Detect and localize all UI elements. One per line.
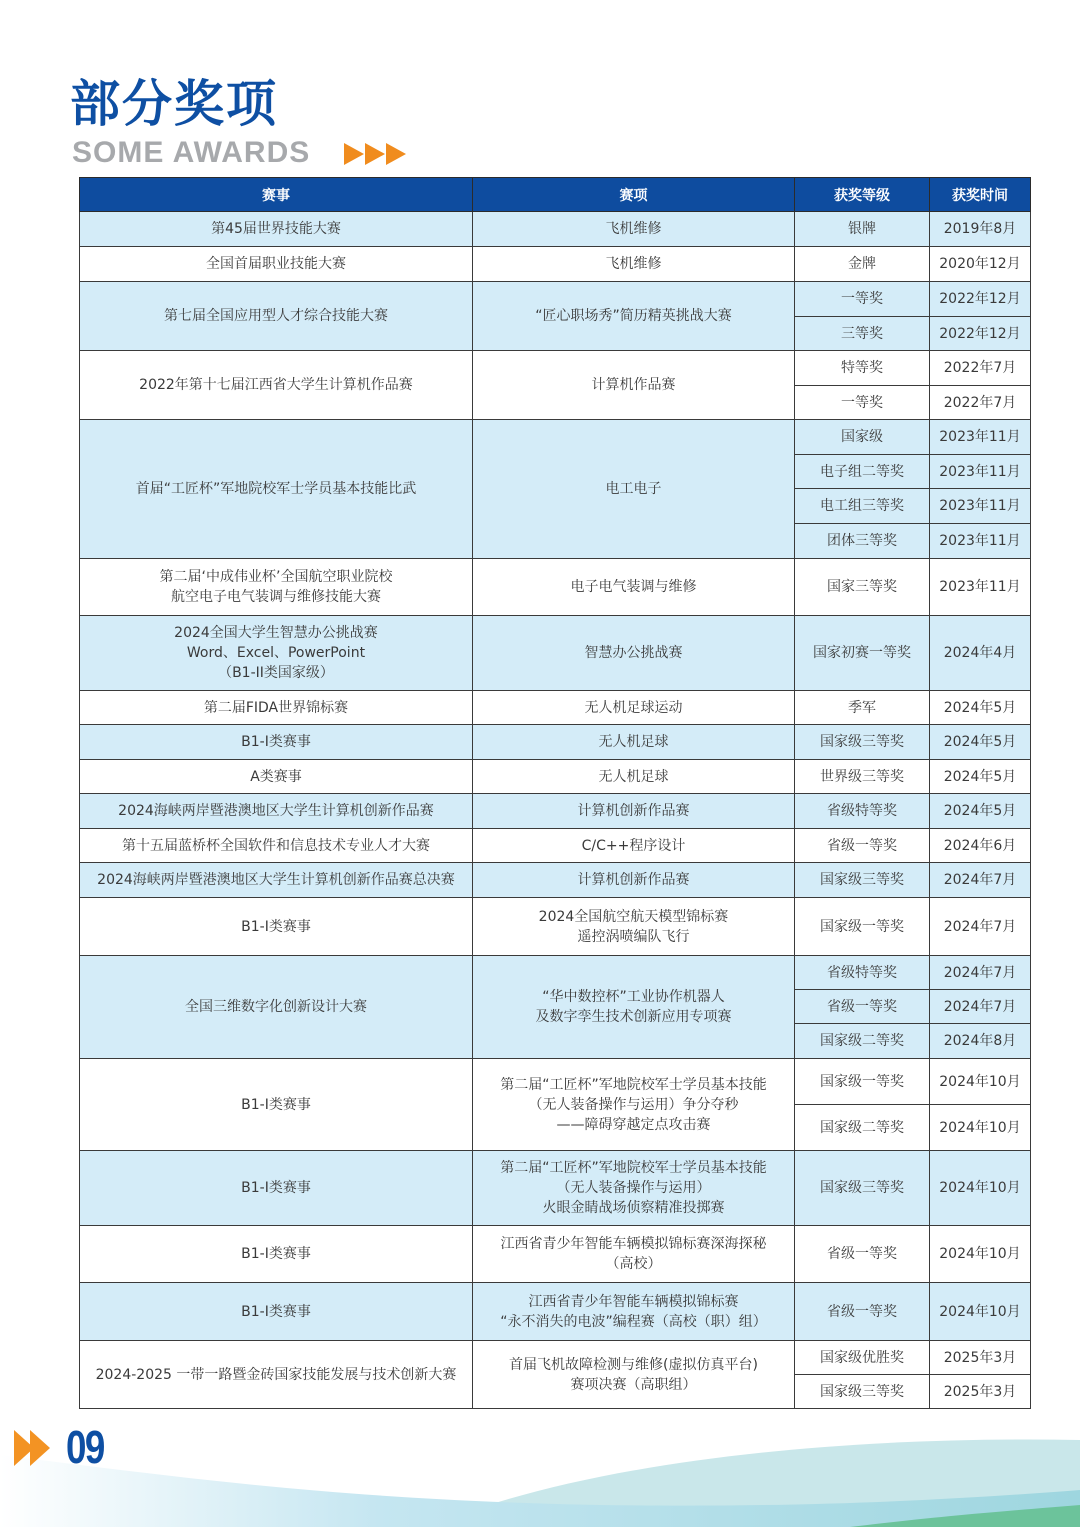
date-cell: 2024年5月 <box>930 794 1031 829</box>
event-cell: B1-I类赛事 <box>80 1226 473 1283</box>
event-cell: 2022年第十七届江西省大学生计算机作品赛 <box>80 351 473 420</box>
date-cell: 2023年11月 <box>930 524 1031 559</box>
date-cell: 2020年12月 <box>930 247 1031 282</box>
level-cell: 省级一等奖 <box>795 1226 930 1283</box>
event-line: Word、Excel、PowerPoint <box>84 643 468 663</box>
date-cell: 2024年5月 <box>930 691 1031 725</box>
date-cell: 2023年11月 <box>930 420 1031 455</box>
date-cell: 2024年7月 <box>930 863 1031 898</box>
page-number: 09 <box>66 1420 104 1474</box>
level-cell: 一等奖 <box>795 386 930 420</box>
item-cell: 江西省青少年智能车辆模拟锦标赛 “永不消失的电波”编程赛（高校（职）组） <box>473 1283 795 1341</box>
item-line: 遥控涡喷编队飞行 <box>477 927 790 947</box>
table-row: B1-I类赛事 江西省青少年智能车辆模拟锦标赛 “永不消失的电波”编程赛（高校（… <box>80 1283 1031 1341</box>
item-line: （高校） <box>477 1254 790 1274</box>
level-cell: 国家级三等奖 <box>795 1375 930 1409</box>
date-cell: 2024年10月 <box>930 1059 1031 1105</box>
date-cell: 2024年5月 <box>930 760 1031 794</box>
event-line: 2024全国大学生智慧办公挑战赛 <box>84 623 468 643</box>
date-cell: 2025年3月 <box>930 1341 1031 1375</box>
event-cell: 2024-2025 一带一路暨金砖国家技能发展与技术创新大赛 <box>80 1341 473 1409</box>
level-cell: 省级一等奖 <box>795 829 930 863</box>
item-cell: 电子电气装调与维修 <box>473 559 795 616</box>
item-cell: 江西省青少年智能车辆模拟锦标赛深海探秘 （高校） <box>473 1226 795 1283</box>
date-cell: 2022年12月 <box>930 282 1031 317</box>
level-cell: 国家级三等奖 <box>795 863 930 898</box>
event-cell: B1-I类赛事 <box>80 725 473 760</box>
table-row: 2024全国大学生智慧办公挑战赛 Word、Excel、PowerPoint （… <box>80 616 1031 691</box>
event-cell: 全国首届职业技能大赛 <box>80 247 473 282</box>
date-cell: 2023年11月 <box>930 489 1031 524</box>
table-row: B1-I类赛事 第二届“工匠杯”军地院校军士学员基本技能 （无人装备操作与运用）… <box>80 1059 1031 1105</box>
date-cell: 2024年10月 <box>930 1151 1031 1226</box>
date-cell: 2024年10月 <box>930 1226 1031 1283</box>
event-cell: B1-I类赛事 <box>80 1283 473 1341</box>
item-line: ——障碍穿越定点攻击赛 <box>477 1115 790 1135</box>
table-row: 第二届FIDA世界锦标赛 无人机足球运动 季军 2024年5月 <box>80 691 1031 725</box>
level-cell: 国家初赛一等奖 <box>795 616 930 691</box>
table-header-row: 赛事 赛项 获奖等级 获奖时间 <box>80 178 1031 212</box>
table-row: B1-I类赛事 无人机足球 国家级三等奖 2024年5月 <box>80 725 1031 760</box>
event-cell: 第45届世界技能大赛 <box>80 212 473 247</box>
page-title-en: SOME AWARDS <box>72 136 310 170</box>
level-cell: 一等奖 <box>795 282 930 317</box>
date-cell: 2022年7月 <box>930 351 1031 386</box>
item-line: 及数字孪生技术创新应用专项赛 <box>477 1007 790 1027</box>
item-cell: 电工电子 <box>473 420 795 559</box>
table-row: 首届“工匠杯”军地院校军士学员基本技能比武 电工电子 国家级 2023年11月 <box>80 420 1031 455</box>
awards-table: 赛事 赛项 获奖等级 获奖时间 第45届世界技能大赛 飞机维修 银牌 2019年… <box>79 177 1031 1409</box>
event-cell: 首届“工匠杯”军地院校军士学员基本技能比武 <box>80 420 473 559</box>
level-cell: 国家级 <box>795 420 930 455</box>
level-cell: 省级一等奖 <box>795 1283 930 1341</box>
item-line: 第二届“工匠杯”军地院校军士学员基本技能 <box>477 1075 790 1095</box>
item-line: “华中数控杯”工业协作机器人 <box>477 987 790 1007</box>
date-cell: 2024年10月 <box>930 1105 1031 1151</box>
double-chevron-right-icon <box>14 1430 46 1466</box>
item-cell: 第二届“工匠杯”军地院校军士学员基本技能 （无人装备操作与运用）争分夺秒 ——障… <box>473 1059 795 1151</box>
date-cell: 2022年7月 <box>930 386 1031 420</box>
table-row: 第二届‘中成伟业杯’全国航空职业院校 航空电子电气装调与维修技能大赛 电子电气装… <box>80 559 1031 616</box>
event-cell: 第二届‘中成伟业杯’全国航空职业院校 航空电子电气装调与维修技能大赛 <box>80 559 473 616</box>
table-row: B1-I类赛事 2024全国航空航天模型锦标赛 遥控涡喷编队飞行 国家级一等奖 … <box>80 898 1031 956</box>
date-cell: 2022年12月 <box>930 317 1031 351</box>
table-row: 第十五届蓝桥杯全国软件和信息技术专业人才大赛 C/C++程序设计 省级一等奖 2… <box>80 829 1031 863</box>
date-cell: 2023年11月 <box>930 455 1031 489</box>
item-line: 江西省青少年智能车辆模拟锦标赛深海探秘 <box>477 1234 790 1254</box>
level-cell: 季军 <box>795 691 930 725</box>
date-cell: 2024年10月 <box>930 1283 1031 1341</box>
event-cell: 第二届FIDA世界锦标赛 <box>80 691 473 725</box>
page-title-cn: 部分奖项 <box>70 76 278 132</box>
level-cell: 国家级三等奖 <box>795 1151 930 1226</box>
event-line: 第二届‘中成伟业杯’全国航空职业院校 <box>84 567 468 587</box>
event-cell: 第七届全国应用型人才综合技能大赛 <box>80 282 473 351</box>
table-row: A类赛事 无人机足球 世界级三等奖 2024年5月 <box>80 760 1031 794</box>
level-cell: 电工组三等奖 <box>795 489 930 524</box>
item-cell: 首届飞机故障检测与维修(虚拟仿真平台) 赛项决赛（高职组） <box>473 1341 795 1409</box>
level-cell: 世界级三等奖 <box>795 760 930 794</box>
date-cell: 2024年4月 <box>930 616 1031 691</box>
level-cell: 国家级一等奖 <box>795 898 930 956</box>
table-row: 2024海峡两岸暨港澳地区大学生计算机创新作品赛 计算机创新作品赛 省级特等奖 … <box>80 794 1031 829</box>
level-cell: 国家三等奖 <box>795 559 930 616</box>
item-line: “永不消失的电波”编程赛（高校（职）组） <box>477 1312 790 1332</box>
item-cell: 计算机创新作品赛 <box>473 794 795 829</box>
event-cell: B1-I类赛事 <box>80 1059 473 1151</box>
level-cell: 金牌 <box>795 247 930 282</box>
item-cell: 无人机足球 <box>473 725 795 760</box>
table-row: B1-I类赛事 第二届“工匠杯”军地院校军士学员基本技能 （无人装备操作与运用）… <box>80 1151 1031 1226</box>
level-cell: 国家级三等奖 <box>795 725 930 760</box>
item-line: （无人装备操作与运用） <box>477 1178 790 1198</box>
date-cell: 2024年7月 <box>930 990 1031 1024</box>
date-cell: 2025年3月 <box>930 1375 1031 1409</box>
item-cell: 计算机创新作品赛 <box>473 863 795 898</box>
event-cell: 2024全国大学生智慧办公挑战赛 Word、Excel、PowerPoint （… <box>80 616 473 691</box>
level-cell: 团体三等奖 <box>795 524 930 559</box>
column-header-item: 赛项 <box>473 178 795 212</box>
level-cell: 银牌 <box>795 212 930 247</box>
item-cell: 第二届“工匠杯”军地院校军士学员基本技能 （无人装备操作与运用） 火眼金睛战场侦… <box>473 1151 795 1226</box>
date-cell: 2024年8月 <box>930 1024 1031 1059</box>
item-cell: 计算机作品赛 <box>473 351 795 420</box>
table-row: B1-I类赛事 江西省青少年智能车辆模拟锦标赛深海探秘 （高校） 省级一等奖 2… <box>80 1226 1031 1283</box>
column-header-event: 赛事 <box>80 178 473 212</box>
event-cell: 第十五届蓝桥杯全国软件和信息技术专业人才大赛 <box>80 829 473 863</box>
date-cell: 2024年7月 <box>930 956 1031 990</box>
item-cell: 无人机足球 <box>473 760 795 794</box>
level-cell: 国家级优胜奖 <box>795 1341 930 1375</box>
decorative-waves <box>0 1430 1080 1527</box>
event-line: 航空电子电气装调与维修技能大赛 <box>84 587 468 607</box>
event-line: （B1-II类国家级） <box>84 663 468 683</box>
event-cell: 全国三维数字化创新设计大赛 <box>80 956 473 1059</box>
item-cell: C/C++程序设计 <box>473 829 795 863</box>
date-cell: 2024年7月 <box>930 898 1031 956</box>
level-cell: 特等奖 <box>795 351 930 386</box>
item-cell: 智慧办公挑战赛 <box>473 616 795 691</box>
item-cell: 无人机足球运动 <box>473 691 795 725</box>
item-cell: 飞机维修 <box>473 247 795 282</box>
table-row: 2024-2025 一带一路暨金砖国家技能发展与技术创新大赛 首届飞机故障检测与… <box>80 1341 1031 1375</box>
table-row: 第45届世界技能大赛 飞机维修 银牌 2019年8月 <box>80 212 1031 247</box>
item-line: 第二届“工匠杯”军地院校军士学员基本技能 <box>477 1158 790 1178</box>
level-cell: 三等奖 <box>795 317 930 351</box>
table-row: 全国三维数字化创新设计大赛 “华中数控杯”工业协作机器人 及数字孪生技术创新应用… <box>80 956 1031 990</box>
triple-right-arrow-icon <box>344 143 407 165</box>
level-cell: 国家级一等奖 <box>795 1059 930 1105</box>
item-cell: “华中数控杯”工业协作机器人 及数字孪生技术创新应用专项赛 <box>473 956 795 1059</box>
date-cell: 2024年6月 <box>930 829 1031 863</box>
level-cell: 省级一等奖 <box>795 990 930 1024</box>
item-cell: 2024全国航空航天模型锦标赛 遥控涡喷编队飞行 <box>473 898 795 956</box>
table-row: 2024海峡两岸暨港澳地区大学生计算机创新作品赛总决赛 计算机创新作品赛 国家级… <box>80 863 1031 898</box>
item-line: 2024全国航空航天模型锦标赛 <box>477 907 790 927</box>
table-row: 2022年第十七届江西省大学生计算机作品赛 计算机作品赛 特等奖 2022年7月 <box>80 351 1031 386</box>
level-cell: 国家级二等奖 <box>795 1024 930 1059</box>
column-header-level: 获奖等级 <box>795 178 930 212</box>
event-cell: B1-I类赛事 <box>80 1151 473 1226</box>
item-line: （无人装备操作与运用）争分夺秒 <box>477 1095 790 1115</box>
level-cell: 省级特等奖 <box>795 794 930 829</box>
date-cell: 2024年5月 <box>930 725 1031 760</box>
level-cell: 省级特等奖 <box>795 956 930 990</box>
item-cell: 飞机维修 <box>473 212 795 247</box>
item-line: 火眼金睛战场侦察精准投掷赛 <box>477 1198 790 1218</box>
date-cell: 2019年8月 <box>930 212 1031 247</box>
column-header-date: 获奖时间 <box>930 178 1031 212</box>
item-line: 江西省青少年智能车辆模拟锦标赛 <box>477 1292 790 1312</box>
item-line: 首届飞机故障检测与维修(虚拟仿真平台) <box>477 1355 790 1375</box>
level-cell: 电子组二等奖 <box>795 455 930 489</box>
level-cell: 国家级二等奖 <box>795 1105 930 1151</box>
event-cell: 2024海峡两岸暨港澳地区大学生计算机创新作品赛 <box>80 794 473 829</box>
event-cell: B1-I类赛事 <box>80 898 473 956</box>
date-cell: 2023年11月 <box>930 559 1031 616</box>
table-row: 全国首届职业技能大赛 飞机维修 金牌 2020年12月 <box>80 247 1031 282</box>
event-cell: 2024海峡两岸暨港澳地区大学生计算机创新作品赛总决赛 <box>80 863 473 898</box>
item-line: 赛项决赛（高职组） <box>477 1375 790 1395</box>
item-cell: “匠心职场秀”简历精英挑战大赛 <box>473 282 795 351</box>
event-cell: A类赛事 <box>80 760 473 794</box>
table-row: 第七届全国应用型人才综合技能大赛 “匠心职场秀”简历精英挑战大赛 一等奖 202… <box>80 282 1031 317</box>
